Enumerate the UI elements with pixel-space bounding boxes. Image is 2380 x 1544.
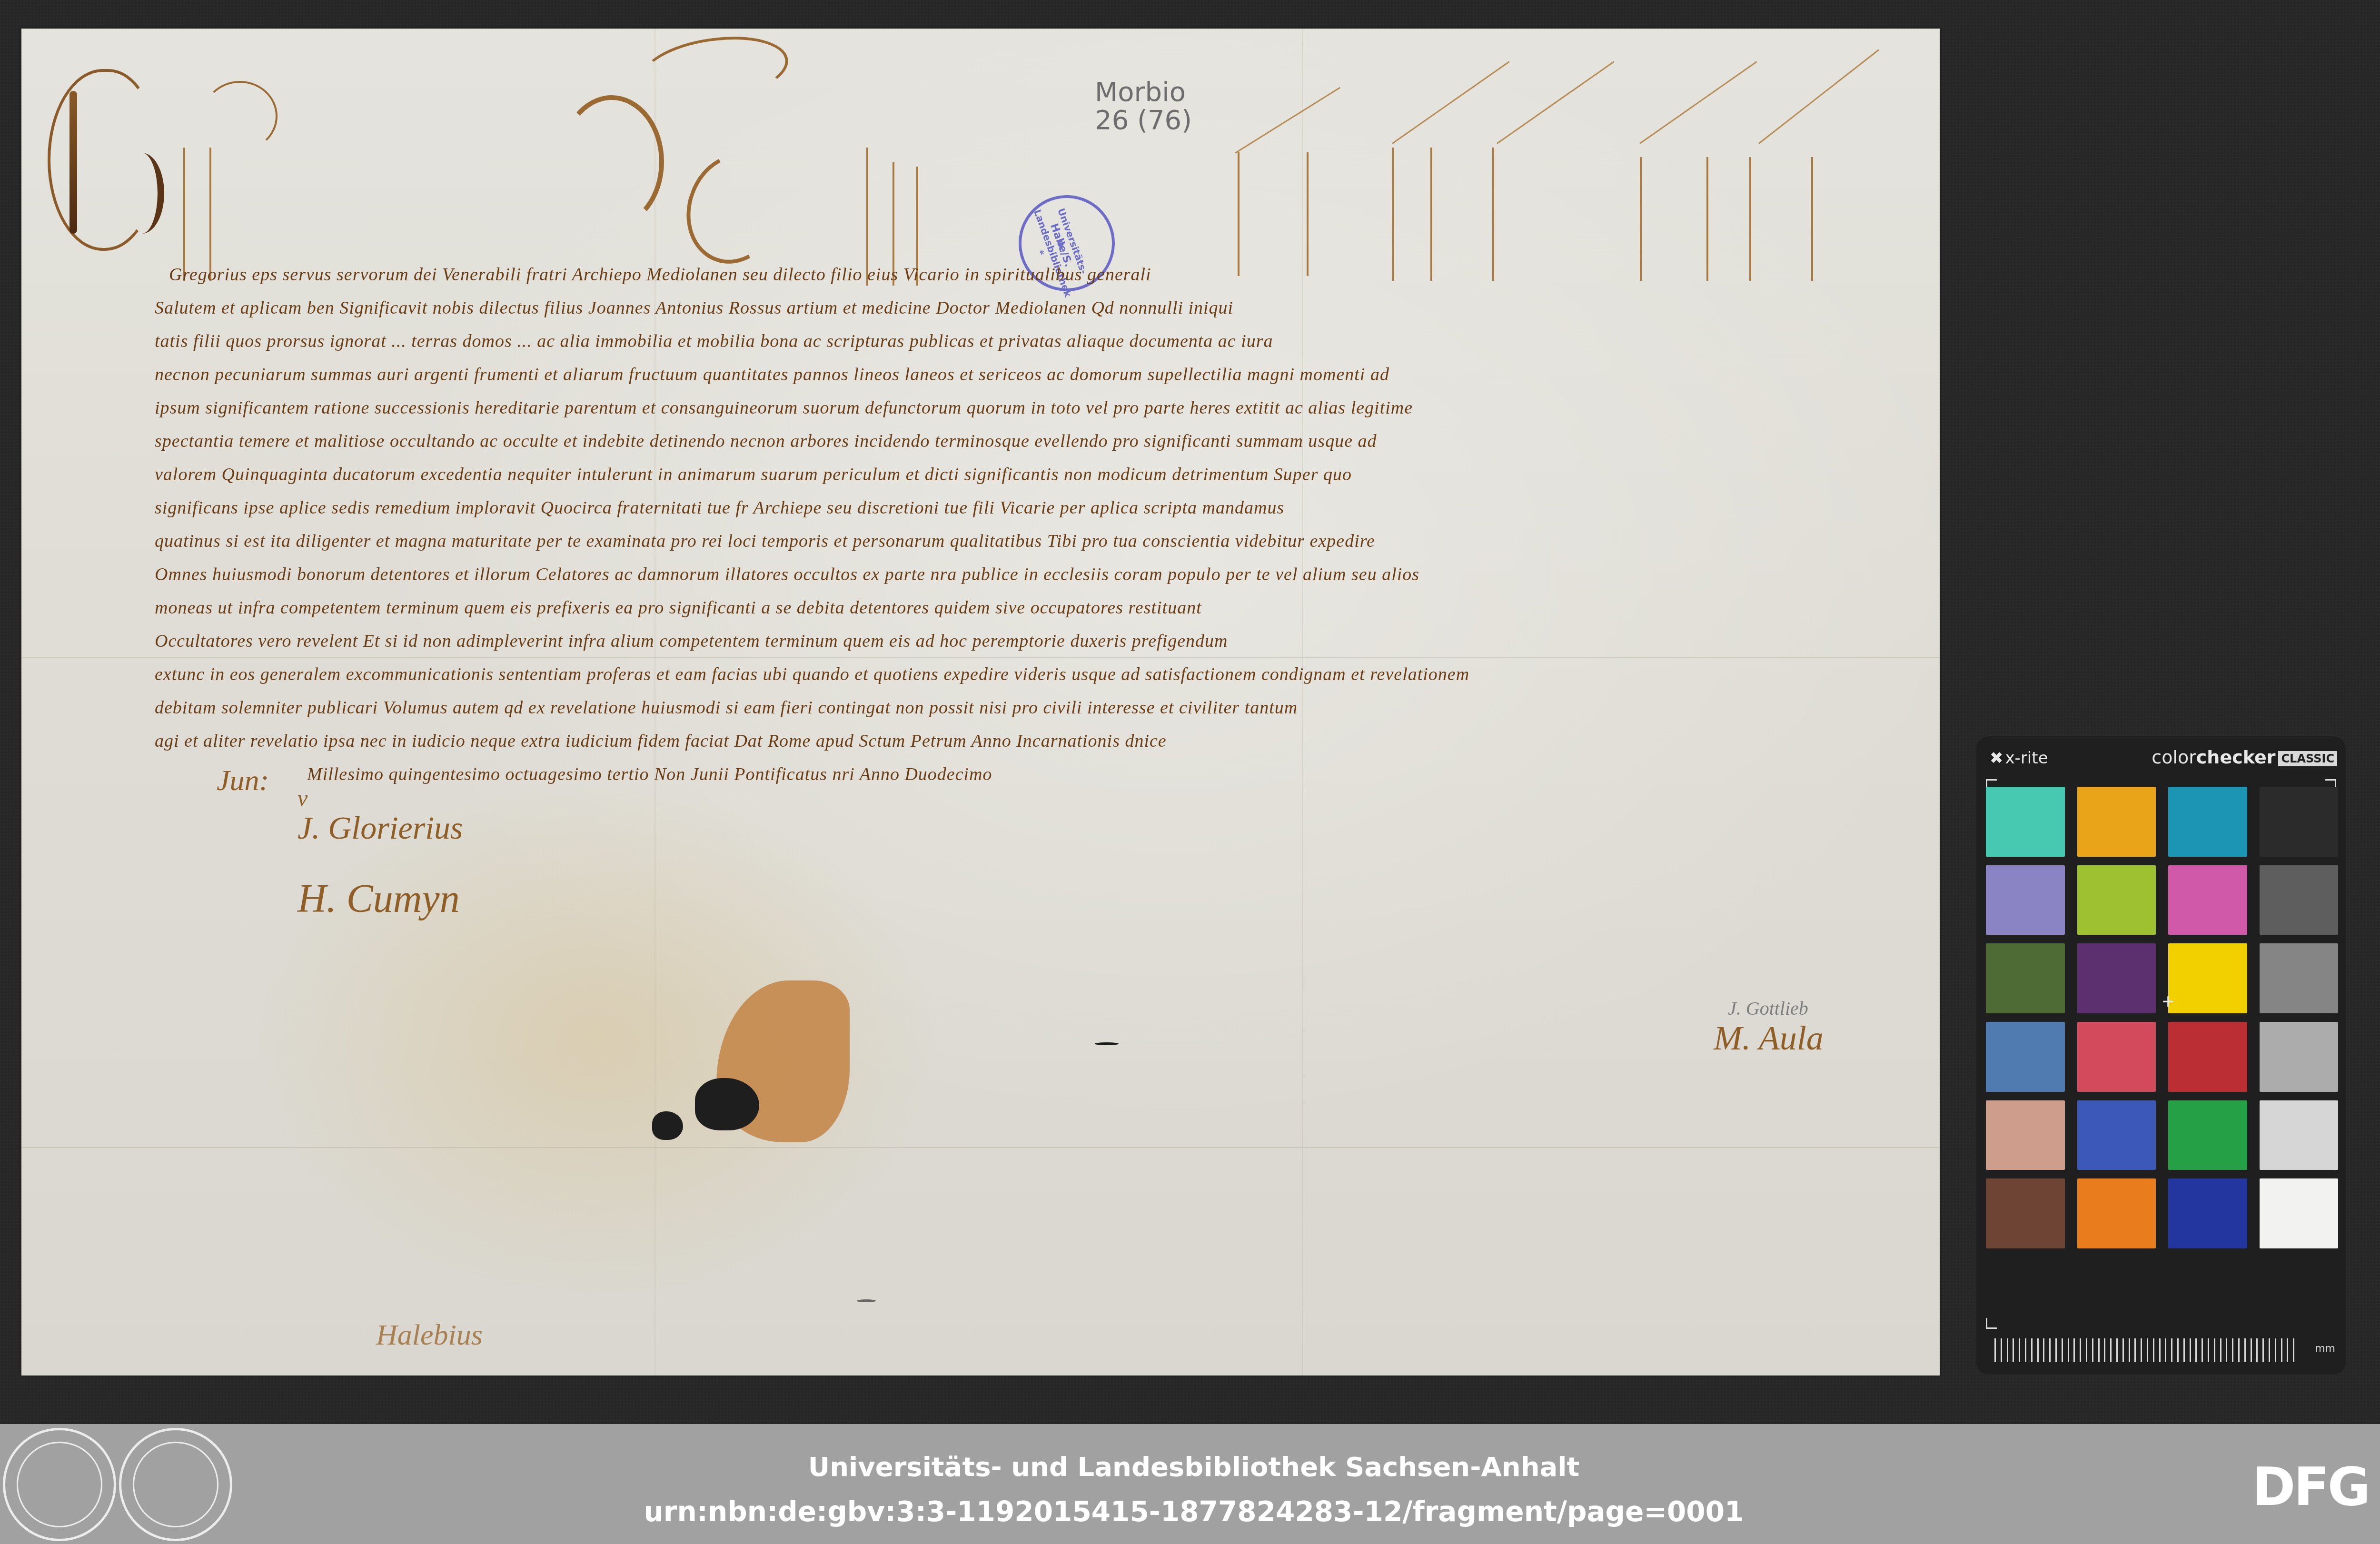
- signature-cumyn: H. Cumyn: [297, 876, 460, 922]
- parchment-document: Morbio 26 (76) Universitäts- u. Landesbi…: [21, 29, 1940, 1376]
- color-patch-2: [2077, 787, 2156, 857]
- signature-glorierius: J. Glorierius: [297, 809, 463, 847]
- color-patch-1: [1986, 787, 2065, 857]
- wax-residue: [695, 1078, 759, 1130]
- ascender-stroke: [1238, 152, 1240, 276]
- text-line-11: moneas ut infra competentem terminum que…: [155, 597, 1902, 618]
- color-patch-19: [2168, 1100, 2247, 1170]
- text-line-5: ipsum significantem ratione successionis…: [155, 397, 1902, 418]
- color-patch-13: [1986, 1022, 2065, 1092]
- text-line-7: valorem Quinquaginta ducatorum excedenti…: [155, 464, 1902, 485]
- text-line-1: Gregorius eps servus servorum dei Venera…: [169, 264, 1902, 285]
- colorchecker-product-name: colorcheckerCLASSIC: [2152, 747, 2337, 768]
- text-line-13: extunc in eos generalem excommunicationi…: [155, 664, 1902, 685]
- seal-cord-slit: [857, 1299, 876, 1302]
- pencil-signature: J. Gottlieb: [1728, 997, 1808, 1019]
- dfg-logo: DFG: [2252, 1456, 2369, 1517]
- color-patch-11: [2168, 943, 2247, 1013]
- fold-line: [21, 1147, 1940, 1148]
- color-patch-22: [2077, 1178, 2156, 1248]
- text-line-12: Occultatores vero revelent Et si id non …: [155, 631, 1902, 652]
- pencil-note-line1: Morbio: [1095, 79, 1192, 107]
- ascender-stroke: [1640, 157, 1642, 281]
- color-patch-24: [2260, 1178, 2339, 1248]
- color-patch-18: [2077, 1100, 2156, 1170]
- text-line-10: Omnes huiusmodi bonorum detentores et il…: [155, 564, 1902, 585]
- color-patch-20: [2260, 1100, 2339, 1170]
- color-patch-7: [2168, 865, 2247, 935]
- ascender-stroke: [1430, 148, 1432, 281]
- urn-identifier: urn:nbn:de:gbv:3:3-1192015415-1877824283…: [0, 1495, 2380, 1528]
- text-line-16: Millesimo quingentesimo octuagesimo tert…: [307, 764, 1902, 785]
- ascender-stroke: [1392, 148, 1394, 281]
- crosshair-icon: +: [2162, 991, 2174, 1012]
- classic-badge: CLASSIC: [2278, 751, 2337, 766]
- ascender-stroke: [1811, 157, 1813, 281]
- color-patch-17: [1986, 1100, 2065, 1170]
- text-line-8: significans ipse aplice sedis remedium i…: [155, 497, 1902, 518]
- calligraphic-letter-S: [672, 140, 798, 277]
- signature-halebius: Halebius: [376, 1318, 483, 1352]
- product-name-light: color: [2152, 747, 2196, 768]
- text-line-9: quatinus si est ita diligenter et magna …: [155, 531, 1902, 552]
- color-patch-10: [2077, 943, 2156, 1013]
- color-patch-4: [2260, 787, 2339, 857]
- library-ownership-stamp: Universitäts- u. Landesbibliothek * Hall…: [1005, 182, 1129, 305]
- text-line-15: agi et aliter revelatio ipsa nec in iudi…: [155, 731, 1902, 752]
- archival-pencil-note: Morbio 26 (76): [1095, 79, 1192, 135]
- color-patch-grid: [1986, 787, 2338, 1248]
- decorated-initial-G: [48, 69, 158, 251]
- product-name-bold: checker: [2196, 747, 2276, 768]
- color-patch-14: [2077, 1022, 2156, 1092]
- flower-flourish: [202, 81, 278, 151]
- color-patch-6: [2077, 865, 2156, 935]
- color-patch-21: [1986, 1178, 2065, 1248]
- text-line-3: tatis filii quos prorsus ignorat ... ter…: [155, 331, 1902, 352]
- ascender-stroke: [183, 148, 185, 281]
- calligraphic-letter-G: [559, 95, 664, 228]
- mm-ruler: [1994, 1338, 2299, 1362]
- initial-stem: [69, 91, 77, 234]
- xrite-x-icon: ✖: [1990, 749, 2003, 768]
- pencil-note-line2: 26 (76): [1095, 107, 1192, 135]
- diagonal-flourish: [1639, 61, 1757, 144]
- diagonal-flourish: [1497, 61, 1614, 144]
- color-patch-5: [1986, 865, 2065, 935]
- seal-cord-slit: [1095, 1042, 1119, 1045]
- ascender-stroke: [209, 148, 211, 281]
- ascender-stroke: [1706, 157, 1708, 281]
- ruler-unit-label: mm: [2315, 1343, 2335, 1355]
- margin-note-v: v: [297, 785, 307, 812]
- color-patch-12: [2260, 943, 2339, 1013]
- margin-note-month: Jun:: [217, 764, 269, 798]
- diagonal-flourish: [1392, 61, 1509, 144]
- signature-aula: M. Aula: [1714, 1019, 1824, 1058]
- text-line-6: spectantia temere et malitiose occultand…: [155, 431, 1902, 452]
- text-line-2: Salutem et aplicam ben Significavit nobi…: [155, 297, 1902, 318]
- registration-corner-icon: [1986, 1318, 1997, 1329]
- color-patch-23: [2168, 1178, 2247, 1248]
- ascender-stroke: [1492, 148, 1494, 281]
- calligraphic-flourish: [636, 28, 792, 111]
- color-patch-16: [2260, 1022, 2339, 1092]
- diagonal-flourish: [1235, 87, 1340, 153]
- ascender-stroke: [1307, 152, 1309, 276]
- color-patch-15: [2168, 1022, 2247, 1092]
- institution-name: Universitäts- und Landesbibliothek Sachs…: [0, 1452, 2380, 1483]
- color-patch-3: [2168, 787, 2247, 857]
- wax-residue: [652, 1111, 683, 1140]
- color-patch-8: [2260, 865, 2339, 935]
- fold-line: [21, 657, 1940, 658]
- xrite-logo: ✖x-rite: [1990, 749, 2048, 768]
- color-patch-9: [1986, 943, 2065, 1013]
- library-footer-banner: Universitäts- und Landesbibliothek Sachs…: [0, 1424, 2380, 1544]
- ascender-stroke: [1749, 157, 1751, 281]
- color-checker-target: ✖x-rite colorcheckerCLASSIC + mm: [1975, 735, 2347, 1376]
- diagonal-flourish: [1758, 49, 1879, 144]
- initial-lower-bowl: [119, 153, 164, 234]
- text-line-4: necnon pecuniarum summas auri argenti fr…: [155, 364, 1902, 385]
- text-line-14: debitam solemniter publicari Volumus aut…: [155, 697, 1902, 718]
- xrite-brand-text: x-rite: [2005, 749, 2048, 768]
